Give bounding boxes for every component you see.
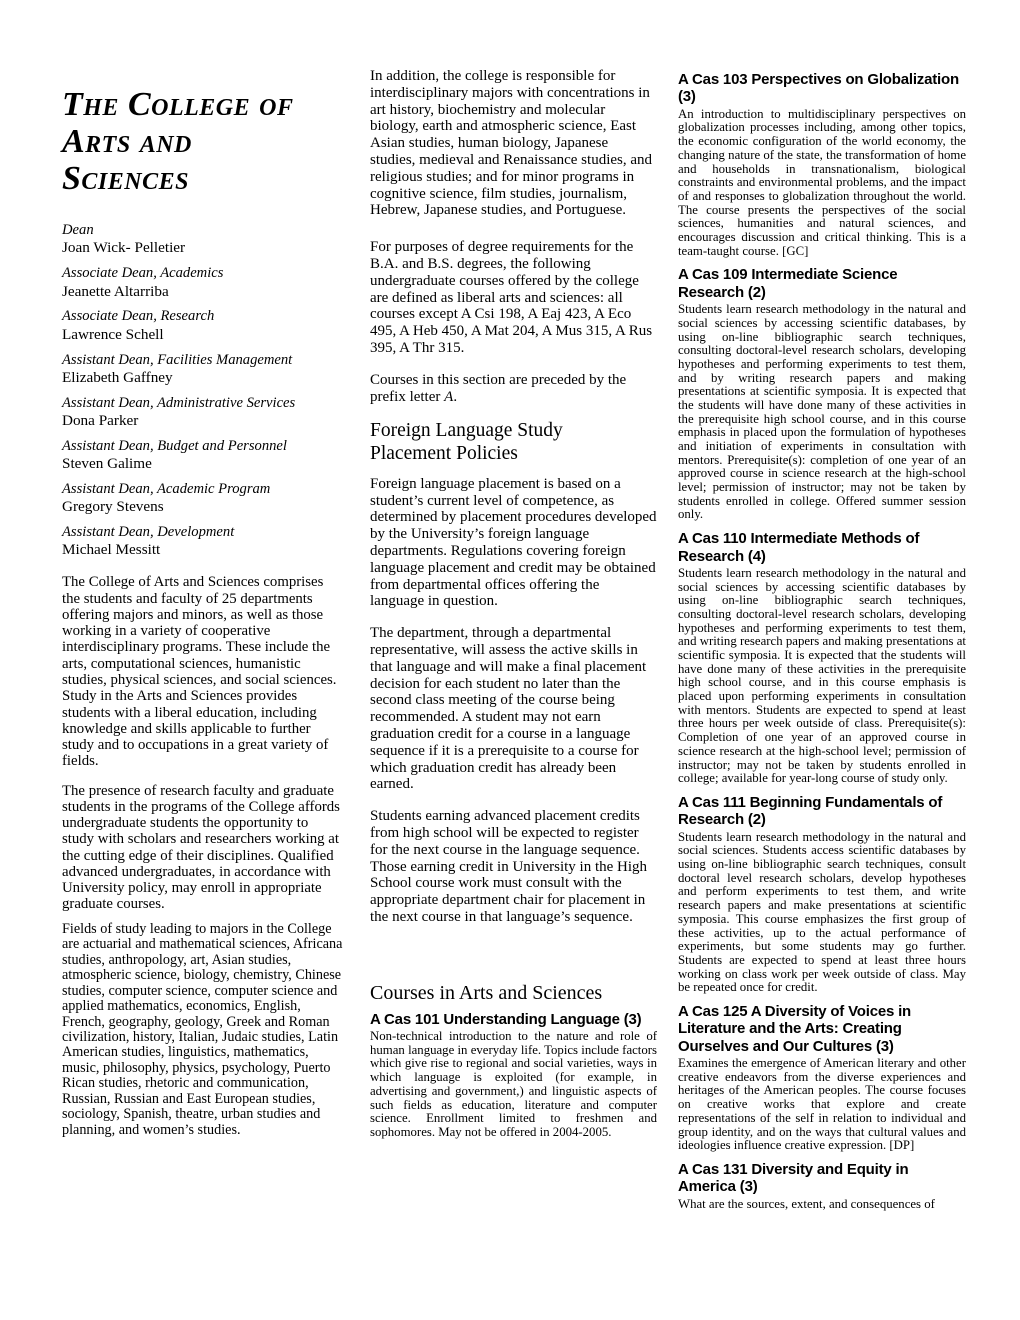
right-column: A Cas 103 Perspectives on Globalization … — [678, 0, 966, 1219]
foreign-language-heading: Foreign Language Study Placement Policie… — [370, 420, 657, 464]
course-cas-101: A Cas 101 Understanding Language (3) Non… — [370, 1011, 657, 1140]
course-title: A Cas 103 Perspectives on Globalization … — [678, 71, 966, 106]
research-faculty-paragraph: The presence of research faculty and gra… — [62, 783, 344, 913]
placement-basis-paragraph: Foreign language placement is based on a… — [370, 476, 657, 610]
staff-list: Dean Joan Wick- Pelletier Associate Dean… — [62, 222, 344, 559]
page-title: The College of Arts and Sciences — [62, 86, 344, 197]
course-cas-110: A Cas 110 Intermediate Methods of Resear… — [678, 530, 966, 786]
staff-role: Associate Dean, Research — [62, 308, 344, 325]
prefix-note-period: . — [453, 389, 457, 405]
left-column: The College of Arts and Sciences Dean Jo… — [62, 0, 344, 1138]
staff-role: Assistant Dean, Administrative Services — [62, 395, 344, 412]
course-cas-111: A Cas 111 Beginning Fundamentals of Rese… — [678, 794, 966, 995]
course-title: A Cas 110 Intermediate Methods of Resear… — [678, 530, 966, 565]
staff-name: Gregory Stevens — [62, 498, 344, 516]
staff-entry-asst-facilities: Assistant Dean, Facilities Management El… — [62, 352, 344, 387]
course-title: A Cas 109 Intermediate Science Research … — [678, 266, 966, 301]
course-description: Students learn research methodology in t… — [678, 303, 966, 522]
prefix-letter-note: Courses in this section are preceded by … — [370, 372, 657, 406]
interdisciplinary-majors-paragraph: In addition, the college is responsible … — [370, 68, 657, 219]
course-description: An introduction to multidisciplinary per… — [678, 108, 966, 259]
staff-entry-assoc-academics: Associate Dean, Academics Jeanette Altar… — [62, 265, 344, 300]
staff-entry-asst-development: Assistant Dean, Development Michael Mess… — [62, 524, 344, 559]
staff-role: Assistant Dean, Academic Program — [62, 481, 344, 498]
staff-entry-asst-admin-services: Assistant Dean, Administrative Services … — [62, 395, 344, 430]
page-title-line-2: Arts and — [62, 123, 344, 160]
staff-entry-dean: Dean Joan Wick- Pelletier — [62, 222, 344, 257]
course-title: A Cas 125 A Diversity of Voices in Liter… — [678, 1003, 966, 1055]
advanced-placement-paragraph: Students earning advanced placement cred… — [370, 808, 657, 926]
staff-entry-asst-academic-program: Assistant Dean, Academic Program Gregory… — [62, 481, 344, 516]
course-cas-125: A Cas 125 A Diversity of Voices in Liter… — [678, 1003, 966, 1153]
course-description: Examines the emergence of American liter… — [678, 1057, 966, 1153]
prefix-note-text: Courses in this section are preceded by … — [370, 372, 626, 405]
course-title: A Cas 131 Diversity and Equity in Americ… — [678, 1161, 966, 1196]
foreign-language-heading-line-2: Placement Policies — [370, 443, 657, 465]
prefix-letter: A — [444, 389, 453, 405]
course-cas-103: A Cas 103 Perspectives on Globalization … — [678, 71, 966, 258]
staff-name: Elizabeth Gaffney — [62, 369, 344, 387]
college-overview-paragraph: The College of Arts and Sciences compris… — [62, 574, 344, 769]
degree-requirements-paragraph: For purposes of degree requirements for … — [370, 239, 657, 357]
staff-entry-asst-budget: Assistant Dean, Budget and Personnel Ste… — [62, 438, 344, 473]
staff-role: Associate Dean, Academics — [62, 265, 344, 282]
courses-section-heading: Courses in Arts and Sciences — [370, 982, 657, 1004]
course-description: Students learn research methodology in t… — [678, 831, 966, 995]
course-title: A Cas 101 Understanding Language (3) — [370, 1011, 657, 1028]
foreign-language-heading-line-1: Foreign Language Study — [370, 420, 657, 442]
course-cas-109: A Cas 109 Intermediate Science Research … — [678, 266, 966, 522]
staff-name: Dona Parker — [62, 412, 344, 430]
staff-role: Assistant Dean, Development — [62, 524, 344, 541]
course-description: Students learn research methodology in t… — [678, 567, 966, 786]
page-title-line-3: Sciences — [62, 160, 344, 197]
fields-of-study-paragraph: Fields of study leading to majors in the… — [62, 922, 344, 1139]
staff-role: Assistant Dean, Budget and Personnel — [62, 438, 344, 455]
staff-name: Steven Galime — [62, 455, 344, 473]
staff-role: Dean — [62, 222, 344, 239]
course-title: A Cas 111 Beginning Fundamentals of Rese… — [678, 794, 966, 829]
middle-column: In addition, the college is responsible … — [370, 0, 657, 1148]
staff-entry-assoc-research: Associate Dean, Research Lawrence Schell — [62, 308, 344, 343]
page-title-line-1: The College of — [62, 86, 344, 123]
course-description: What are the sources, extent, and conseq… — [678, 1198, 966, 1212]
staff-name: Lawrence Schell — [62, 326, 344, 344]
staff-name: Jeanette Altarriba — [62, 283, 344, 301]
staff-name: Michael Messitt — [62, 541, 344, 559]
catalog-page: The College of Arts and Sciences Dean Jo… — [0, 0, 1020, 1320]
course-description: Non-technical introduction to the nature… — [370, 1030, 657, 1140]
course-cas-131: A Cas 131 Diversity and Equity in Americ… — [678, 1161, 966, 1211]
staff-role: Assistant Dean, Facilities Management — [62, 352, 344, 369]
staff-name: Joan Wick- Pelletier — [62, 239, 344, 257]
department-assessment-paragraph: The department, through a departmental r… — [370, 625, 657, 793]
